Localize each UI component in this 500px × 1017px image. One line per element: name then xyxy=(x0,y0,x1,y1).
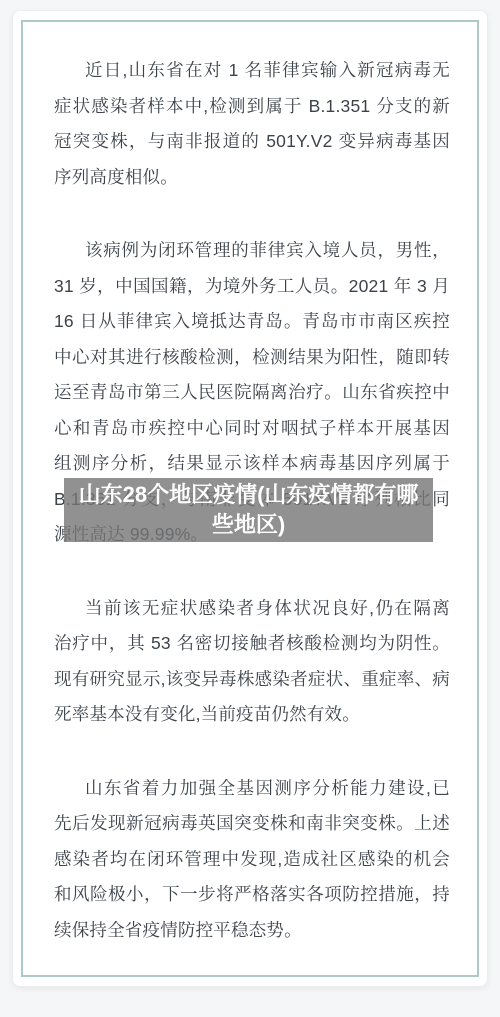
paragraph-4: 山东省着力加强全基因测序分析能力建设,已 先后发现新冠病毒英国突变株和南非突变株… xyxy=(54,771,450,949)
text-line: 续保持全省疫情防控平稳态势。 xyxy=(54,913,450,949)
text-line: 和风险极小，下一步将严格落实各项防控措施，持 xyxy=(54,877,450,913)
text-line: 冠突变株，与南非报道的 501Y.V2 变异病毒基因 xyxy=(54,124,450,160)
text-line: 现有研究显示,该变异毒株感染者症状、重症率、病 xyxy=(54,662,450,698)
text-line: 心和青岛市疾控中心同时对咽拭子样本开展基因 xyxy=(54,411,450,447)
text-line: 该病例为闭环管理的菲律宾入境人员，男性， xyxy=(54,233,450,269)
overlay-title-text: 山东28个地区疫情(山东疫情都有哪 xyxy=(64,480,433,510)
text-line: 组测序分析，结果显示该样本病毒基因序列属于 xyxy=(54,446,450,482)
text-line: 中心对其进行核酸检测，检测结果为阳性，随即转 xyxy=(54,340,450,376)
paragraph-3: 当前该无症状感染者身体状况良好,仍在隔离 治疗中，其 53 名密切接触者核酸检测… xyxy=(54,591,450,733)
text-line: 先后发现新冠病毒英国突变株和南非突变株。上述 xyxy=(54,806,450,842)
text-line: 感染者均在闭环管理中发现,造成社区感染的机会 xyxy=(54,842,450,878)
text-line: 16 日从菲律宾入境抵达青岛。青岛市市南区疾控 xyxy=(54,304,450,340)
text-line: 序列高度相似。 xyxy=(54,160,450,196)
text-line: 治疗中，其 53 名密切接触者核酸检测均为阴性。 xyxy=(54,626,450,662)
page-background: 近日,山东省在对 1 名菲律宾输入新冠病毒无 症状感染者样本中,检测到属于 B.… xyxy=(0,0,500,1017)
text-line: 症状感染者样本中,检测到属于 B.1.351 分支的新 xyxy=(54,89,450,125)
text-line: 运至青岛市第三人民医院隔离治疗。山东省疾控中 xyxy=(54,375,450,411)
overlay-title-banner: 山东28个地区疫情(山东疫情都有哪 些地区) xyxy=(64,478,433,542)
text-line: 死率基本没有变化,当前疫苗仍然有效。 xyxy=(54,697,450,733)
text-line: 31 岁，中国国籍，为境外务工人员。2021 年 3 月 xyxy=(54,269,450,305)
overlay-title-text: 些地区) xyxy=(64,510,433,540)
text-line: 近日,山东省在对 1 名菲律宾输入新冠病毒无 xyxy=(54,53,450,89)
paragraph-1: 近日,山东省在对 1 名菲律宾输入新冠病毒无 症状感染者样本中,检测到属于 B.… xyxy=(54,53,450,195)
text-line: 当前该无症状感染者身体状况良好,仍在隔离 xyxy=(54,591,450,627)
text-line: 山东省着力加强全基因测序分析能力建设,已 xyxy=(54,771,450,807)
